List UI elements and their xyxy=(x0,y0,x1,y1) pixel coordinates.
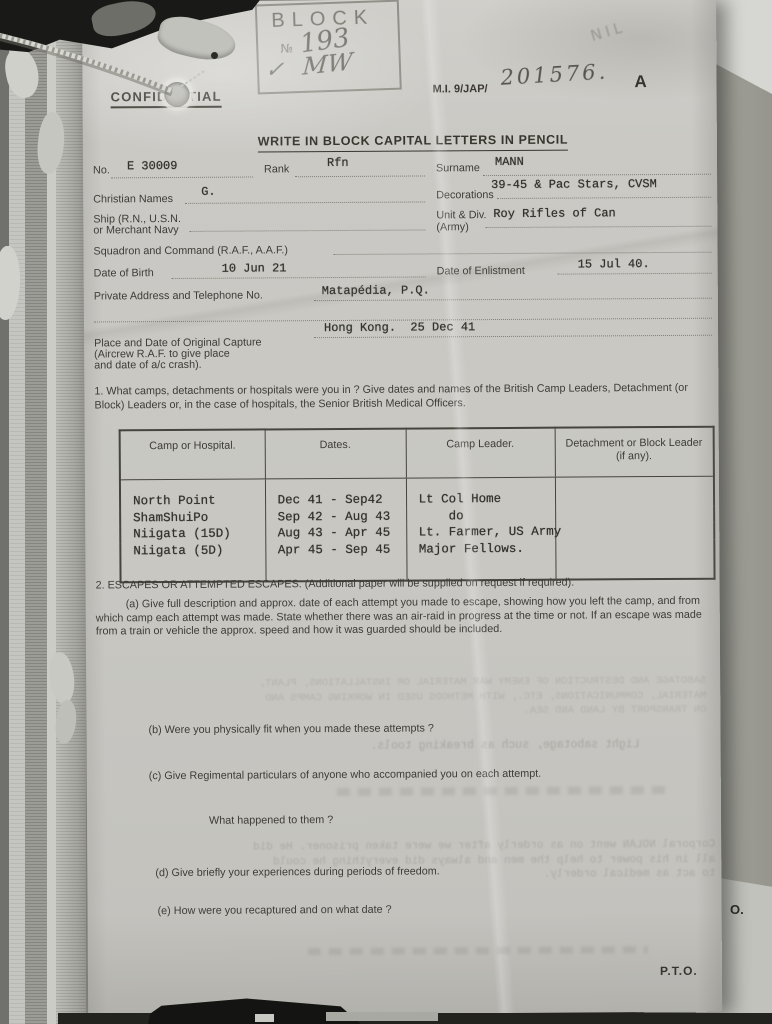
field-label-rank: Rank xyxy=(264,163,289,175)
punch-hole xyxy=(164,82,189,107)
table-cell: Aug 43 - Apr 45 xyxy=(265,525,406,542)
field-value-unit: Roy Rifles of Can xyxy=(493,206,616,221)
camp-table-body: North PointDec 41 - Sep42Lt Col HomeSham… xyxy=(120,476,715,582)
field-line xyxy=(558,272,712,275)
field-line xyxy=(485,225,711,228)
field-value-date-of-enlistment: 15 Jul 40. xyxy=(578,257,650,272)
field-label-no: No. xyxy=(93,164,110,176)
scanned-document-photo: O. SABOTAGE AND DESTRUCTION OF ENEMY WAR… xyxy=(0,0,772,1024)
field-line xyxy=(295,174,425,177)
bleedthrough-faint-line xyxy=(337,786,667,796)
page-turn-over-note: P.T.O. xyxy=(660,964,698,978)
table-cell: Lt Col Home xyxy=(406,477,555,508)
pencil-note: NIL xyxy=(588,18,628,45)
behind-page-letter: O. xyxy=(730,902,744,917)
field-line xyxy=(185,200,425,203)
field-line xyxy=(172,275,426,279)
camp-table-header-row: Camp or Hospital.Dates.Camp Leader.Detac… xyxy=(120,427,714,480)
block-number-stamp: BLOCK № 193 ✓ MW xyxy=(255,0,402,94)
table-cell xyxy=(555,476,714,507)
question-2a: (a) Give full description and approx. da… xyxy=(96,595,716,640)
field-label-squadron: Squadron and Command (R.A.F., A.A.F.) xyxy=(93,244,288,257)
field-line xyxy=(483,173,711,176)
field-value-christian-names: G. xyxy=(201,185,215,199)
camp-table-header-cell: Dates. xyxy=(265,429,406,479)
field-line xyxy=(189,228,425,231)
table-cell: Niigata (15D) xyxy=(120,525,265,542)
table-cell: Apr 45 - Sep 45 xyxy=(265,541,406,581)
file-papers-stack xyxy=(0,0,96,1024)
field-value-date-of-birth: 10 Jun 21 xyxy=(222,261,287,276)
table-cell xyxy=(555,506,714,523)
table-cell: Niigata (5D) xyxy=(120,542,265,582)
field-value-capture: Hong Kong. 25 Dec 41 xyxy=(324,320,475,335)
table-cell: do xyxy=(406,507,555,524)
field-value-surname: MANN xyxy=(495,155,524,170)
field-label-capture-3: and date of a/c crash). xyxy=(94,359,202,372)
question-2e: (e) How were you recaptured and on what … xyxy=(158,904,392,919)
camp-table-header-cell: Camp or Hospital. xyxy=(120,429,265,479)
question-2b: (b) Were you physically fit when you mad… xyxy=(148,722,434,737)
section-letter: A xyxy=(634,72,646,92)
field-value-rank: Rfn xyxy=(327,156,349,171)
bleedthrough-faint-line xyxy=(308,946,648,955)
question-2-what-happened: What happened to them ? xyxy=(209,814,333,828)
field-value-decorations: 39-45 & Pac Stars, CVSM xyxy=(491,177,657,192)
field-label-date-of-birth: Date of Birth xyxy=(94,267,154,279)
table-cell: Major Fellows. xyxy=(406,540,555,580)
paper-edge xyxy=(9,0,25,1024)
camp-table-header-cell: Camp Leader. xyxy=(406,428,555,478)
form-reference-number-handwritten: 201576. xyxy=(500,60,609,90)
field-label-private-address: Private Address and Telephone No. xyxy=(94,289,263,302)
question-1: 1. What camps, detachments or hospitals … xyxy=(94,382,714,413)
field-label-ship-2: or Merchant Navy xyxy=(93,224,178,237)
field-label-decorations: Decorations xyxy=(436,189,494,201)
form-reference-label: M.I. 9/JAP/ xyxy=(433,83,488,95)
paper-bit xyxy=(255,1014,274,1022)
field-line xyxy=(334,251,712,255)
question-2d: (d) Give briefly your experiences during… xyxy=(155,865,440,880)
paper-bit xyxy=(326,1012,438,1021)
table-cell xyxy=(555,539,714,579)
stamp-initials: MW xyxy=(302,48,354,81)
bleedthrough-printed-block: SABOTAGE AND DESTRUCTION OF ENEMY WAR MA… xyxy=(146,674,706,721)
field-label-date-of-enlistment: Date of Enlistment xyxy=(437,265,525,278)
stamp-no-sign: № xyxy=(280,41,293,55)
table-cell: Lt. Farmer, US Army xyxy=(406,524,555,541)
table-cell xyxy=(555,523,714,540)
bleedthrough-typed-answer: Light sabotage, such as breaking tools. xyxy=(295,738,640,755)
camp-table-header-cell: Detachment or Block Leader (if any). xyxy=(555,427,714,477)
paper-edge xyxy=(0,0,9,1024)
question-2c: (c) Give Regimental particulars of anyon… xyxy=(149,768,542,784)
paper-speck xyxy=(211,52,218,59)
field-label-unit-1: Unit & Div. xyxy=(436,209,486,221)
form-page: SABOTAGE AND DESTRUCTION OF ENEMY WAR MA… xyxy=(82,0,722,1016)
field-line xyxy=(497,196,711,199)
field-value-private-address: Matapédia, P.Q. xyxy=(322,283,430,298)
check-mark-icon: ✓ xyxy=(263,57,290,83)
table-row: North PointDec 41 - Sep42Lt Col Home xyxy=(120,476,714,510)
table-cell: Sep 42 - Aug 43 xyxy=(265,508,406,525)
field-label-surname: Surname xyxy=(436,162,480,174)
camp-table: Camp or Hospital.Dates.Camp Leader.Detac… xyxy=(119,426,716,584)
question-2-heading: 2. ESCAPES OR ATTEMPTED ESCAPES. (Additi… xyxy=(96,576,716,593)
form-title: WRITE IN BLOCK CAPITAL LETTERS IN PENCIL xyxy=(203,130,623,151)
table-cell: Dec 41 - Sep42 xyxy=(265,478,406,509)
field-label-unit-2: (Army) xyxy=(436,221,468,233)
field-label-christian-names: Christian Names xyxy=(93,193,173,206)
table-cell: ShamShuiPo xyxy=(120,509,265,526)
field-value-no: E 30009 xyxy=(127,159,178,174)
field-line xyxy=(111,176,253,179)
table-cell: North Point xyxy=(120,479,265,510)
